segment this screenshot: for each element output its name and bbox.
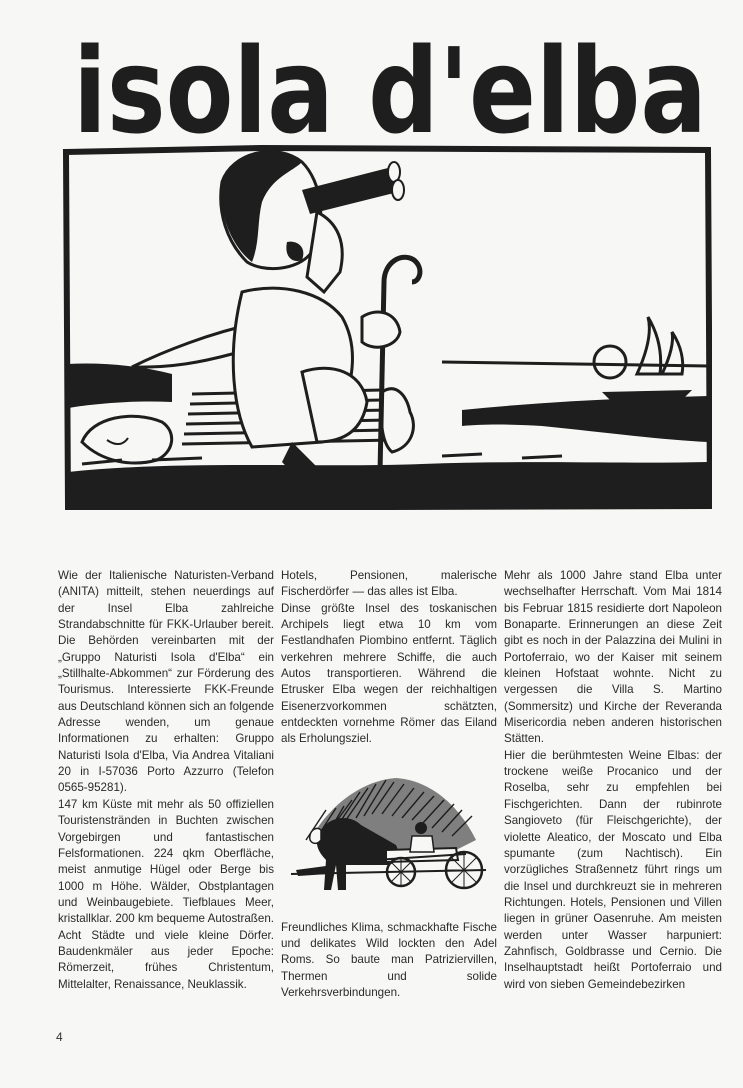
roman-with-binoculars-illustration: [62, 142, 712, 510]
horse-cart-illustration: [286, 770, 491, 900]
header-illustration: [62, 142, 712, 510]
text-column-1: Wie der Italienische Naturisten-Verband …: [58, 568, 274, 993]
cart-illustration: [286, 770, 491, 900]
paragraph-anita-announcement: Wie der Italienische Naturisten-Verband …: [58, 568, 274, 797]
title-lettering: isola d'elba: [70, 40, 710, 140]
page-number: 4: [56, 1030, 63, 1044]
text-column-2: Hotels, Pensionen, malerische Fischerdör…: [281, 568, 497, 1002]
paragraph-tuscan-archipelago: Dinse größte Insel des toskanischen Arch…: [281, 601, 497, 748]
paragraph-history-napoleon: Mehr als 1000 Jahre stand Elba unter wec…: [504, 568, 722, 748]
svg-text:isola d'elba: isola d'elba: [73, 40, 707, 140]
paragraph-roman-nobility: Freundliches Klima, schmackhafte Fische …: [281, 920, 497, 1002]
text-column-3: Mehr als 1000 Jahre stand Elba unter wec…: [504, 568, 722, 993]
paragraph-wines-and-roads: Hier die berühmtesten Weine Elbas: der t…: [504, 748, 722, 993]
paragraph-island-overview: 147 km Küste mit mehr als 50 offiziellen…: [58, 797, 274, 993]
page-title: isola d'elba: [70, 40, 710, 140]
paragraph-hotels-fishing-villages: Hotels, Pensionen, malerische Fischerdör…: [281, 568, 497, 601]
